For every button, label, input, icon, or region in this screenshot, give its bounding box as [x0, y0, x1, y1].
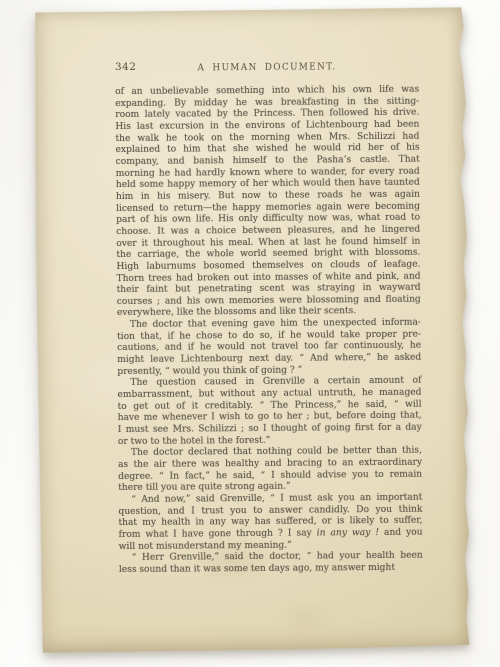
paragraph: The doctor that evening gave him the une… — [117, 318, 421, 379]
body-text: of an unbelievable something into which … — [115, 85, 423, 577]
text-run: to get out of it creditably. “ The Princ… — [118, 399, 422, 411]
text-run: courses ; and his own memories were blos… — [117, 294, 421, 306]
text-run: morning he had hardly known where to wan… — [116, 166, 420, 178]
paragraph: The doctor declared that nothing could b… — [118, 446, 422, 495]
text-line: less sound than it was some ten days ago… — [119, 563, 423, 577]
paragraph: “ And now,” said Grenville, “ I must ask… — [118, 493, 422, 554]
paragraph: of an unbelievable something into which … — [115, 85, 421, 321]
text-run: that my health in any way has suffered, … — [118, 516, 422, 528]
text-run: over it throughout his meal. When at las… — [116, 236, 420, 248]
text-run: less sound than it was some ten days ago… — [119, 563, 395, 575]
text-run: licensed to return—the happy memories ag… — [116, 201, 420, 213]
text-run: and you — [379, 528, 423, 538]
text-run: The doctor that evening gave him the une… — [130, 318, 421, 330]
text-run: room lately vacated by the Princess. The… — [115, 108, 419, 120]
text-run: there till you are quite strong again.” — [118, 482, 290, 493]
text-run: choose. It was a choice between pleasure… — [116, 225, 420, 237]
text-run: the carriage, the whole world seemed bri… — [116, 248, 420, 260]
text-run: question, and I trust you to answer cand… — [118, 504, 422, 516]
text-run: The question caused in Grenville a certa… — [130, 376, 421, 388]
text-run: Thorn trees had broken out into masses o… — [117, 271, 421, 283]
text-run: cautions, and if he would not travel too… — [117, 341, 421, 353]
text-run: embarrassment, but without any actual un… — [117, 388, 421, 400]
text-run: His last excursion in the environs of Li… — [115, 120, 419, 132]
text-run: expanding. By midday he was breakfasting… — [115, 96, 419, 108]
text-run: I must see Mrs. Schilizzi ; so I thought… — [118, 423, 422, 435]
text-run: presently, “ would you think of going ? … — [117, 365, 302, 376]
text-run: will not misunderstand my meaning.” — [119, 540, 292, 551]
text-run: the walk he took on the morning when Mrs… — [115, 131, 419, 143]
text-run: High laburnums bosomed themselves on clo… — [116, 260, 420, 272]
text-run: “ Herr Grenville,” said the doctor, “ ha… — [132, 551, 423, 563]
text-run: “ And now,” said Grenville, “ I must ask… — [131, 493, 422, 505]
text-run: of an unbelievable something into which … — [115, 85, 419, 97]
text-run: part of his own life. His only difficult… — [116, 213, 420, 225]
photo-background: 342 A HUMAN DOCUMENT. of an unbelievable… — [0, 0, 500, 667]
paragraph: The question caused in Grenville a certa… — [117, 376, 422, 448]
italic-text-run: in any way ! — [317, 528, 379, 538]
book-page: 342 A HUMAN DOCUMENT. of an unbelievable… — [33, 7, 470, 652]
text-run: their faint but penetrating scent was st… — [117, 283, 421, 295]
text-run: as the air there was healthy and bracing… — [118, 458, 422, 470]
text-run: might leave Lichtenbourg next day. “ And… — [117, 353, 421, 365]
text-run: held some happy memory of her which woul… — [116, 178, 420, 190]
text-run: tion that, if he chose to do so, if he w… — [117, 329, 421, 341]
text-run: him in his misery. But now to these road… — [116, 190, 420, 202]
text-run: degree. “ In fact,” he said, “ I should … — [118, 469, 422, 481]
text-run: or two to the hotel in the forest.” — [118, 436, 270, 447]
text-run: The doctor declared that nothing could b… — [131, 446, 422, 458]
text-run: from what I have gone through ? I say — [119, 528, 317, 540]
text-run: have me whenever I wish to go to her ; b… — [118, 411, 422, 423]
text-run: everywhere, like the blossoms and like t… — [117, 307, 356, 319]
paragraph: “ Herr Grenville,” said the doctor, “ ha… — [119, 551, 423, 577]
text-run: company, and banish himself to the Pasha… — [116, 155, 420, 167]
text-run: explained to him that she wished he woul… — [116, 143, 420, 155]
